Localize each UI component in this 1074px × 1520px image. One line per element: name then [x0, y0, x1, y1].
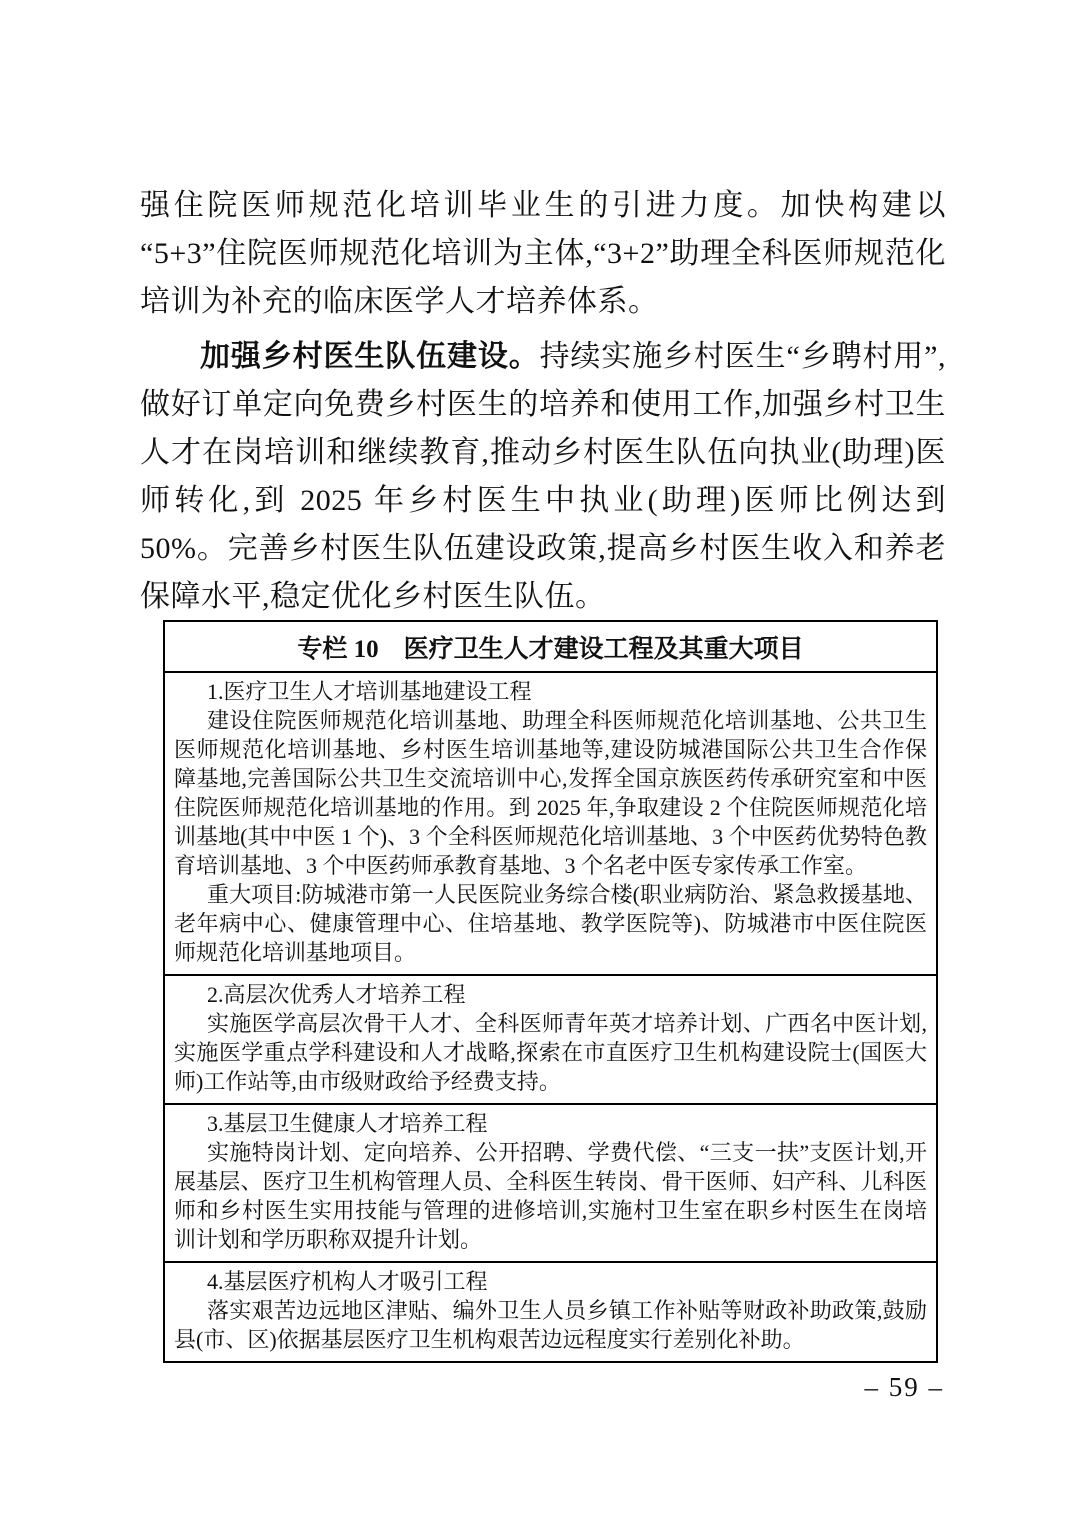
box-section-3-paragraph-1: 实施特岗计划、定向培养、公开招聘、学费代偿、“三支一扶”支医计划,开展基层、医疗…	[174, 1138, 927, 1254]
box-section-3: 3.基层卫生健康人才培养工程 实施特岗计划、定向培养、公开招聘、学费代偿、“三支…	[165, 1105, 936, 1263]
box-section-2-paragraph-1: 实施医学高层次骨干人才、全科医师青年英才培养计划、广西名中医计划,实施医学重点学…	[174, 1009, 927, 1096]
body-paragraph-1: 强住院医师规范化培训毕业生的引进力度。加快构建以“5+3”住院医师规范化培训为主…	[140, 182, 946, 326]
box-section-1: 1.医疗卫生人才培训基地建设工程 建设住院医师规范化培训基地、助理全科医师规范化…	[165, 673, 936, 976]
box-section-1-paragraph-2: 重大项目:防城港市第一人民医院业务综合楼(职业病防治、紧急救援基地、老年病中心、…	[174, 880, 927, 967]
paragraph-2-text: 持续实施乡村医生“乡聘村用”,做好订单定向免费乡村医生的培养和使用工作,加强乡村…	[140, 340, 946, 613]
feature-box-title: 专栏 10 医疗卫生人才建设工程及其重大项目	[165, 622, 936, 673]
paragraph-2-bold-lead: 加强乡村医生队伍建设。	[200, 340, 540, 373]
page-number: – 59 –	[865, 1372, 945, 1403]
box-section-4-paragraph-1: 落实艰苦边远地区津贴、编外卫生人员乡镇工作补贴等财政补助政策,鼓励县(市、区)依…	[174, 1296, 927, 1354]
box-section-2-heading: 2.高层次优秀人才培养工程	[174, 980, 927, 1009]
box-section-3-heading: 3.基层卫生健康人才培养工程	[174, 1109, 927, 1138]
box-section-1-paragraph-1: 建设住院医师规范化培训基地、助理全科医师规范化培训基地、公共卫生医师规范化培训基…	[174, 706, 927, 880]
box-section-4: 4.基层医疗机构人才吸引工程 落实艰苦边远地区津贴、编外卫生人员乡镇工作补贴等财…	[165, 1263, 936, 1361]
document-page: 强住院医师规范化培训毕业生的引进力度。加快构建以“5+3”住院医师规范化培训为主…	[0, 0, 1074, 1520]
box-section-4-heading: 4.基层医疗机构人才吸引工程	[174, 1267, 927, 1296]
feature-box-column-10: 专栏 10 医疗卫生人才建设工程及其重大项目 1.医疗卫生人才培训基地建设工程 …	[163, 620, 938, 1363]
box-section-1-heading: 1.医疗卫生人才培训基地建设工程	[174, 677, 927, 706]
box-section-2: 2.高层次优秀人才培养工程 实施医学高层次骨干人才、全科医师青年英才培养计划、广…	[165, 976, 936, 1105]
body-paragraph-2: 加强乡村医生队伍建设。持续实施乡村医生“乡聘村用”,做好订单定向免费乡村医生的培…	[140, 333, 946, 621]
main-text-block: 强住院医师规范化培训毕业生的引进力度。加快构建以“5+3”住院医师规范化培训为主…	[140, 182, 946, 621]
